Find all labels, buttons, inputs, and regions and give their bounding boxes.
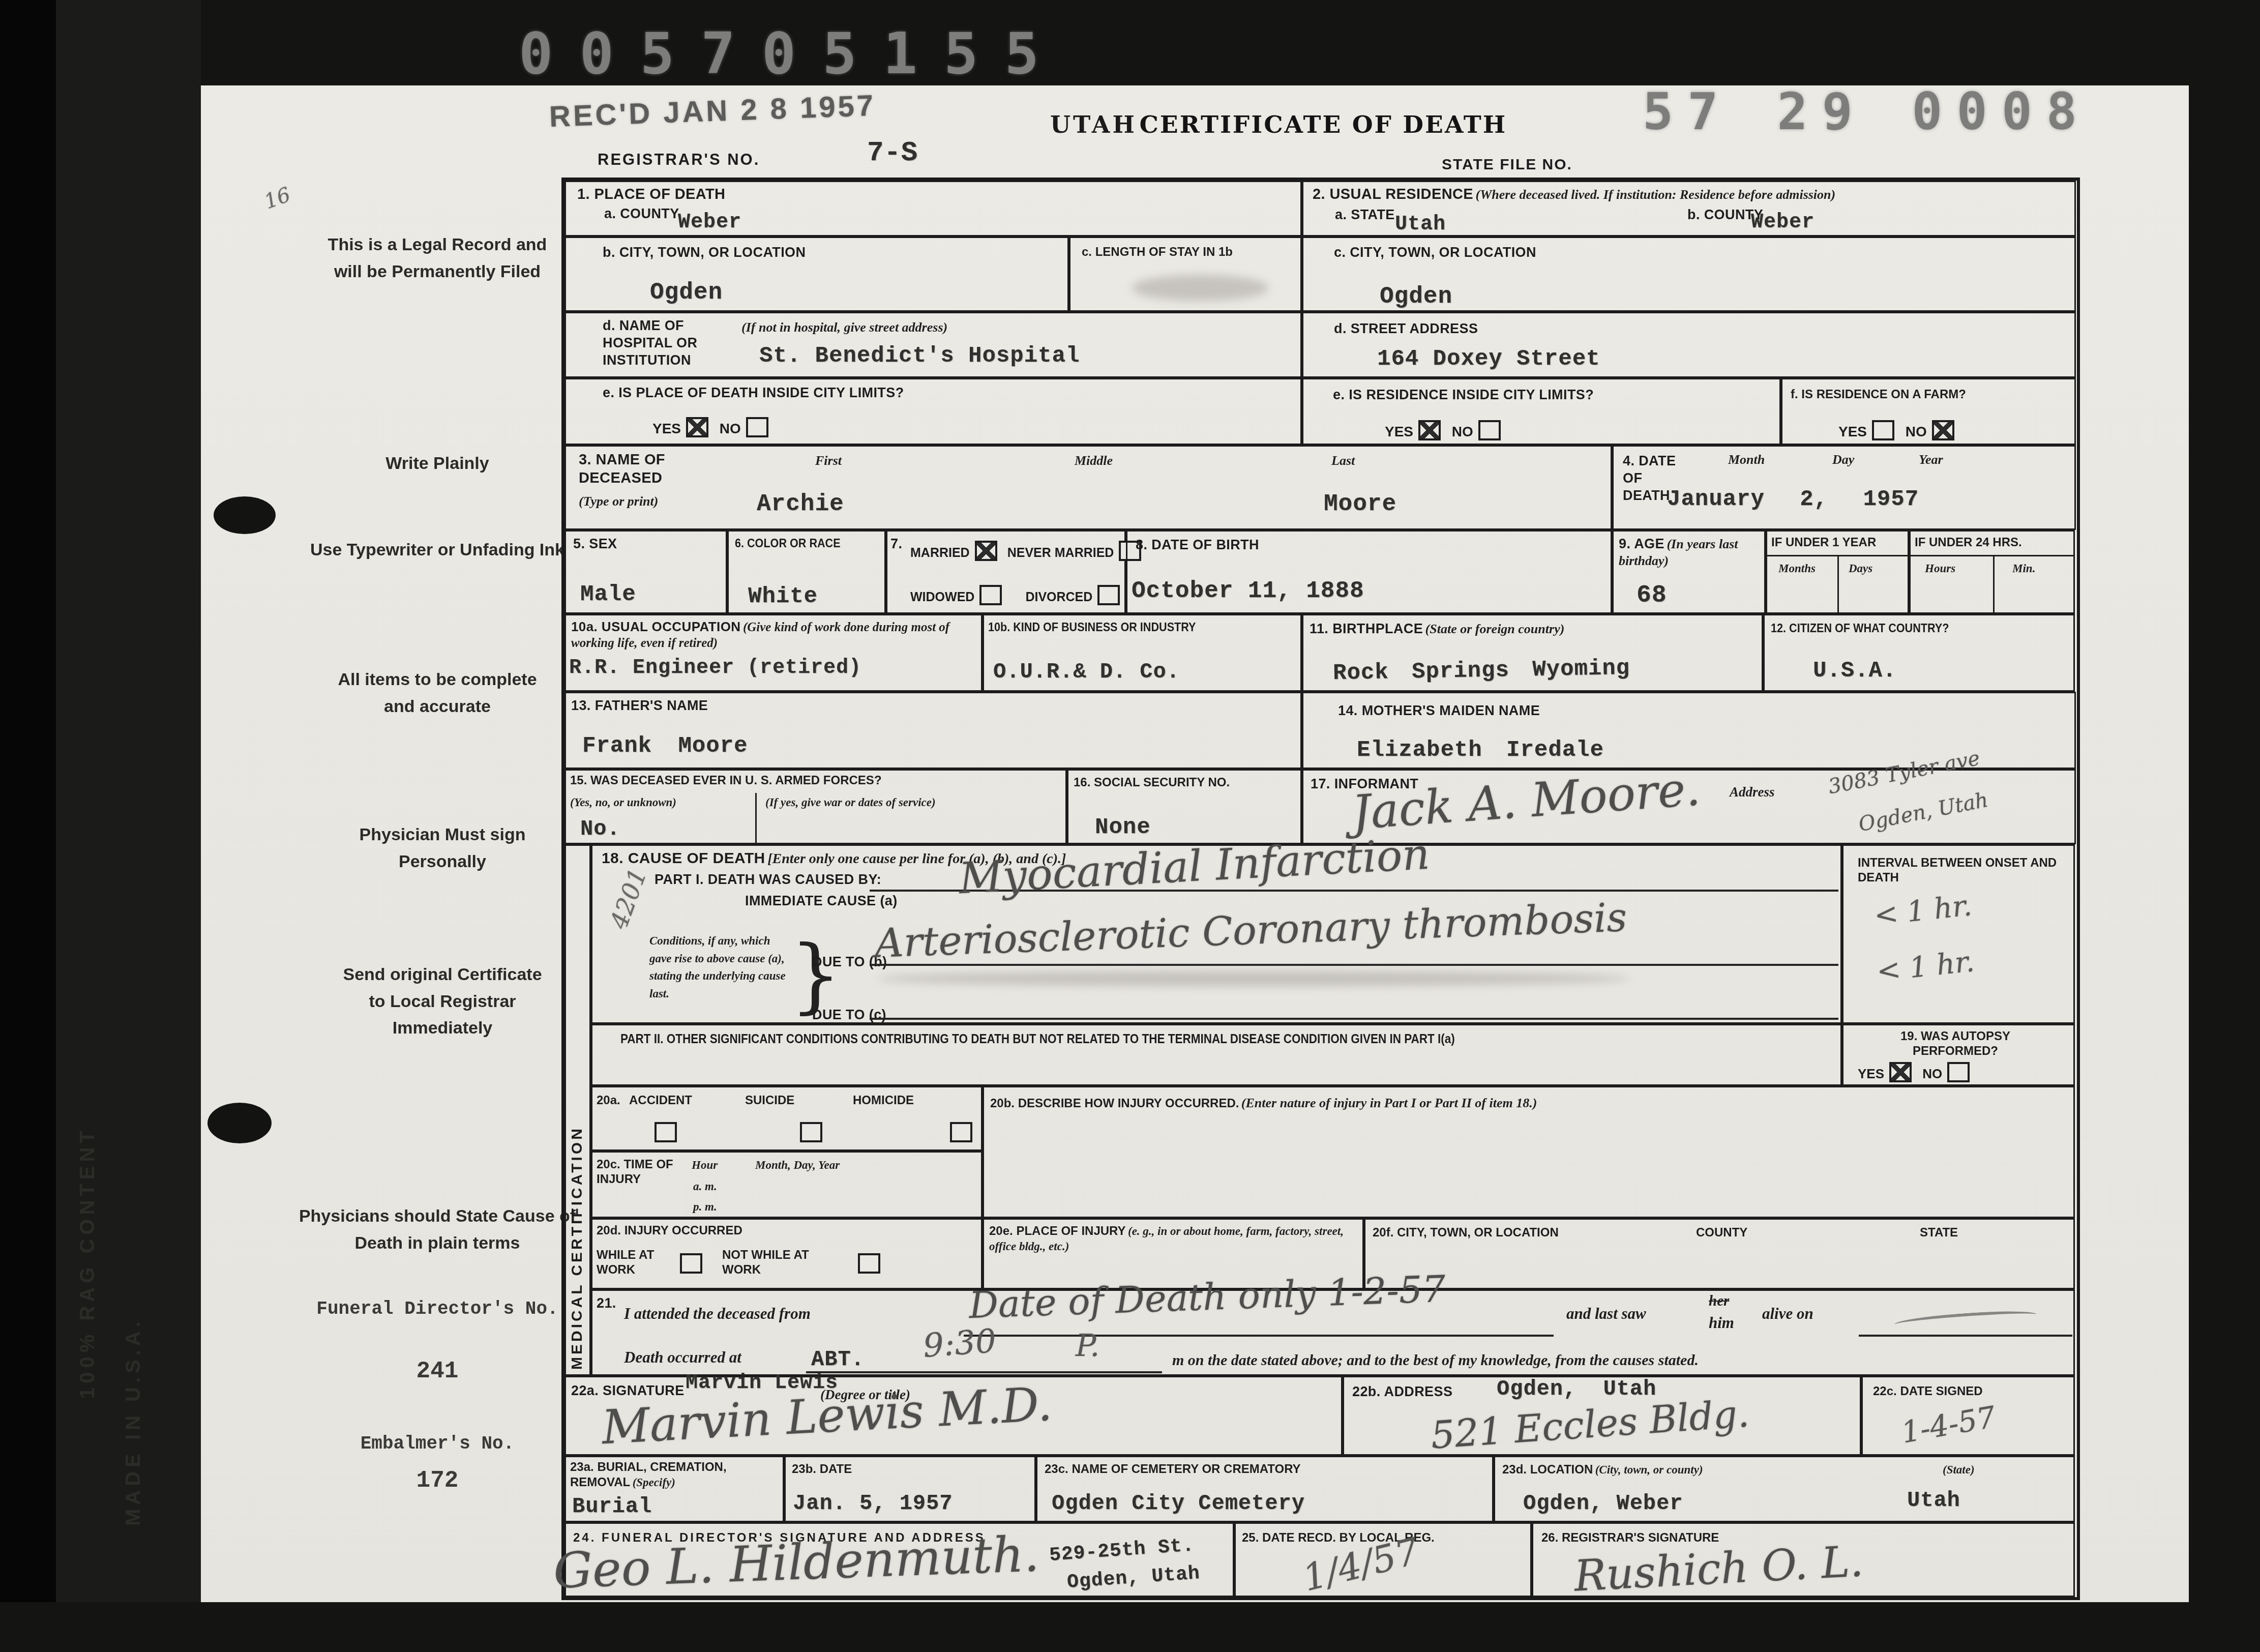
residence-county-value: Weber [1751,212,1815,234]
field-birthplace: 11. BIRTHPLACE (State or foreign country… [1302,614,1763,692]
cemetery-location-label: 23d. LOCATION (City, town, or county) [1502,1462,1703,1478]
describe-injury-header: 20b. DESCRIBE HOW INJURY OCCURRED. (Ente… [990,1095,1537,1112]
no-label: NO [1906,424,1927,439]
marital-number: 7. [890,536,902,553]
date-signed-value: 1-4-57 [1899,1402,1998,1448]
punch-hole [207,1103,272,1143]
field-residence-city-limits: e. IS RESIDENCE INSIDE CITY LIMITS? YES … [1302,378,1781,445]
injury-state-label: STATE [1920,1226,1958,1241]
struck-her-word: her [1709,1292,1729,1310]
field-city-of-death: b. CITY, TOWN, OR LOCATION Ogden [564,237,1069,312]
pm-label: p. m. [693,1199,717,1215]
funeral-director-signature-value: Geo L. Hildenmuth. [553,1529,1040,1595]
no-checkbox [1932,420,1954,440]
autopsy-options: YES NO [1858,1062,1977,1082]
interval-a-value: < 1 hr. [1873,892,1973,930]
suicide-checkbox [800,1122,822,1142]
field-burial-type: 23a. BURIAL, CREMATION, REMOVAL (Specify… [564,1456,784,1522]
immediate-cause-label: IMMEDIATE CAUSE (a) [745,893,898,910]
state-file-no-label: STATE FILE NO. [1442,155,1572,174]
scan-edge-right [2189,0,2260,1652]
field-injury-occurred: 20d. INJURY OCCURRED WHILE AT WORK NOT W… [591,1218,983,1289]
informant-address-label: Address [1730,784,1775,801]
birthplace-label-text: 11. BIRTHPLACE [1310,621,1423,636]
margin-code: 4201 [607,865,651,932]
street-address-label: d. STREET ADDRESS [1334,320,1478,338]
field-physician-address: 22b. ADDRESS Ogden, Utah 521 Eccles Bldg… [1343,1376,1861,1456]
embalmer-no-value: 172 [290,1465,585,1496]
fathers-name-label: 13. FATHER'S NAME [571,697,708,715]
married-label: MARRIED [910,546,970,560]
no-checkbox [1947,1062,1970,1082]
divorced-label: DIVORCED [1025,590,1092,604]
business-industry-value: O.U.R.& D. Co. [993,660,1180,684]
field-describe-injury: 20b. DESCRIBE HOW INJURY OCCURRED. (Ente… [983,1086,2075,1218]
alive-on-line [1859,1335,2072,1337]
middle-name-label: Middle [1075,453,1113,469]
no-checkbox [1478,420,1501,440]
time-value: 9:30 [922,1325,997,1363]
armed-forces-label: 15. WAS DECEASED EVER IN U. S. ARMED FOR… [570,774,882,788]
residence-city-value: Ogden [1380,284,1452,310]
state-label: a. STATE [1335,206,1395,224]
ink-smudge [1132,275,1269,301]
yes-label: YES [1838,424,1867,439]
last-saw-text: and last saw [1566,1304,1646,1324]
place-of-death-title: 1. PLACE OF DEATH [577,185,725,203]
field-place-of-death-county: 1. PLACE OF DEATH a. COUNTY Weber [564,181,1302,237]
hours-label: Hours [1925,561,1955,576]
field-registrar-signature: 26. REGISTRAR'S SIGNATURE Rushich O. L. [1532,1522,2075,1597]
burial-type-hint: (Specify) [633,1476,675,1489]
burial-type-label: 23a. BURIAL, CREMATION, REMOVAL (Specify… [570,1460,779,1490]
under-24-hrs-label: IF UNDER 24 HRS. [1915,536,2022,550]
occupation-label-text: 10a. USUAL OCCUPATION [571,619,740,634]
usual-residence-title-row: 2. USUAL RESIDENCE (Where deceased lived… [1313,185,1835,203]
field-fathers-name: 13. FATHER'S NAME Frank Moore [564,692,1302,769]
burial-date-label: 23b. DATE [792,1462,852,1477]
county-value: Weber [678,212,741,234]
yes-checkbox [1872,420,1894,440]
cemetery-name-label: 23c. NAME OF CEMETERY OR CREMATORY [1045,1462,1301,1477]
location-state-value: Utah [1907,1489,1960,1512]
paper-watermark: MADE IN U.S.A. [122,1068,145,1526]
field-length-of-stay: c. LENGTH OF STAY IN 1b [1069,237,1302,312]
alive-on-text: alive on [1762,1304,1813,1324]
scan-edge-top [0,0,2260,85]
under-1-year-label: IF UNDER 1 YEAR [1771,536,1876,550]
hour-label: Hour [692,1158,718,1173]
field-age: 9. AGE (In years last birthday) 68 [1612,530,1766,614]
while-at-work-checkbox [680,1253,702,1274]
divorced-checkbox [1097,585,1120,605]
burial-date-value: Jan. 5, 1957 [793,1492,953,1515]
divider [1993,555,1995,614]
month-label: Month [1728,452,1765,468]
field-business-industry: 10b. KIND OF BUSINESS OR INDUSTRY O.U.R.… [983,614,1302,692]
cause-b-line [870,964,1838,966]
funeral-director-no-value: 241 [290,1355,585,1387]
state-value: Utah [1395,214,1446,236]
field-social-security: 16. SOCIAL SECURITY NO. None [1067,769,1302,844]
no-label: NO [720,421,741,436]
birthplace-value: Rock Springs Wyoming [1333,656,1630,686]
part1-label: PART I. DEATH WAS CAUSED BY: [655,871,881,889]
residence-farm-label: f. IS RESIDENCE ON A FARM? [1791,388,1966,402]
attended-from-text: I attended the deceased from [624,1304,811,1324]
citizen-country-label: 12. CITIZEN OF WHAT COUNTRY? [1771,622,1949,636]
field-sex: 5. SEX Male [564,530,727,614]
field-date-of-death: 4. DATE OF DEATH Month Day Year January … [1612,445,2076,530]
physician-address-typed: Ogden, Utah [1497,1377,1656,1401]
field-attended-statement: 21. I attended the deceased from Date of… [591,1289,2075,1376]
interval-b-value: < 1 hr. [1876,948,1976,986]
yes-checkbox [1418,420,1441,440]
margin-note-legal-record: This is a Legal Record and will be Perma… [315,231,559,285]
pencil-smear [877,971,1630,986]
injury-city-label: 20f. CITY, TOWN, OR LOCATION [1373,1226,1559,1241]
describe-injury-label: 20b. DESCRIBE HOW INJURY OCCURRED. [990,1097,1239,1110]
type-or-print-hint: (Type or print) [579,493,658,510]
abt-typed: ABT. [811,1348,865,1371]
place-of-injury-header: 20e. PLACE OF INJURY (e. g., in or about… [989,1224,1355,1254]
widowed-label: WIDOWED [910,590,974,604]
part2-label: PART II. OTHER SIGNIFICANT CONDITIONS CO… [620,1031,1455,1047]
registrar-signature-label: 26. REGISTRAR'S SIGNATURE [1541,1531,1719,1546]
accident-checkbox [655,1122,677,1142]
married-checkbox [975,541,997,561]
field-death-city-limits: e. IS PLACE OF DEATH INSIDE CITY LIMITS?… [564,378,1302,445]
divider [1837,555,1839,614]
age-label: 9. AGE (In years last birthday) [1619,536,1761,569]
first-name-value: Archie [757,491,844,517]
divider [755,793,757,844]
time-of-injury-label: 20c. TIME OF INJURY [597,1158,683,1187]
widowed-checkbox [979,585,1002,605]
hospital-value: St. Benedict's Hospital [759,344,1080,368]
business-industry-label: 10b. KIND OF BUSINESS OR INDUSTRY [988,621,1196,635]
date-of-birth-label: 8. DATE OF BIRTH [1136,537,1259,554]
hospital-hint: (If not in hospital, give street address… [741,319,947,336]
mothers-maiden-name-label: 14. MOTHER'S MAIDEN NAME [1338,702,1540,720]
birthplace-label: 11. BIRTHPLACE (State or foreign country… [1310,621,1564,638]
field-cemetery-location: 23d. LOCATION (City, town, or county) (S… [1494,1456,2075,1522]
registrars-no-label: REGISTRAR'S NO. [598,150,760,170]
name-of-deceased-label: 3. NAME OF DECEASED [579,451,686,488]
cause-b-value: Arteriosclerotic Coronary thrombosis [874,898,1627,964]
field-cause-of-death: 18. CAUSE OF DEATH [Enter only one cause… [591,844,1842,1024]
burial-type-value: Burial [572,1495,652,1518]
injury-occurred-label: 20d. INJURY OCCURRED [597,1224,742,1238]
field-marital-status: 7. MARRIEDNEVER MARRIED WIDOWEDDIVORCED [886,530,1126,614]
margin-note-send-original: Send original Certificate to Local Regis… [336,961,549,1042]
am-label: a. m. [693,1179,717,1194]
never-married-label: NEVER MARRIED [1007,546,1114,560]
describe-injury-hint: (Enter nature of injury in Part I or Par… [1241,1096,1537,1110]
citizen-country-value: U.S.A. [1813,659,1896,683]
divider [1911,555,2073,556]
death-occurred-text: Death occurred at [624,1348,741,1368]
accident-label: ACCIDENT [629,1094,692,1108]
birthplace-hint: (State or foreign country) [1425,622,1565,636]
field-color-or-race: 6. COLOR OR RACE White [727,530,886,614]
field-residence-city: c. CITY, TOWN, OR LOCATION Ogden [1302,237,2076,312]
age-value: 68 [1637,582,1667,609]
field-physician-signature: 22a. SIGNATURE Marvin Lewis (Degree or t… [564,1376,1343,1456]
death-city-limits-label: e. IS PLACE OF DEATH INSIDE CITY LIMITS? [603,385,904,402]
first-name-label: First [815,453,842,469]
field-part2-conditions: PART II. OTHER SIGNIFICANT CONDITIONS CO… [591,1024,1842,1086]
street-address-value: 164 Doxey Street [1377,347,1600,371]
sex-label: 5. SEX [573,536,617,553]
residence-city-limits-label: e. IS RESIDENCE INSIDE CITY LIMITS? [1333,387,1594,404]
armed-forces-hint2: (If yes, give war or dates of service) [765,795,936,810]
date-signed-label: 22c. DATE SIGNED [1873,1384,1983,1399]
usual-residence-hint: (Where deceased lived. If institution: R… [1476,187,1836,202]
form-title: UTAH CERTIFICATE OF DEATH [1050,111,1507,139]
residence-city-limits-options: YES NO [1385,420,1508,440]
field-usual-occupation: 10a. USUAL OCCUPATION (Give kind of work… [564,614,983,692]
no-label: NO [1922,1066,1942,1081]
married-row: MARRIEDNEVER MARRIED [910,541,1148,561]
cause-c-line [870,1018,1838,1020]
funeral-director-address1: 529-25th St. [1049,1535,1195,1567]
field-accident-suicide-homicide: 20a. ACCIDENT SUICIDE HOMICIDE [591,1086,983,1151]
death-city-limits-options: YES NO [652,417,776,437]
field-residence-farm: f. IS RESIDENCE ON A FARM? YES NO [1781,378,2076,445]
time-line [806,1371,1162,1373]
yes-checkbox [1889,1062,1912,1082]
field-armed-forces: 15. WAS DECEASED EVER IN U. S. ARMED FOR… [564,769,1067,844]
homicide-label: HOMICIDE [853,1094,914,1108]
usual-residence-title: 2. USUAL RESIDENCE [1313,186,1473,202]
social-security-label: 16. SOCIAL SECURITY NO. [1074,776,1230,790]
fathers-name-value: Frank Moore [582,734,748,758]
field-funeral-director-signature: 24. FUNERAL DIRECTOR'S SIGNATURE AND ADD… [564,1522,1234,1597]
physician-address-hand: 521 Eccles Bldg. [1430,1395,1750,1455]
suicide-label: SUICIDE [745,1094,794,1108]
date-of-death-value: January 2, 1957 [1667,487,1919,512]
yes-checkbox [686,417,708,437]
last-name-label: Last [1331,453,1355,469]
form-title-main: CERTIFICATE OF DEATH [1139,111,1507,139]
informant-address-line2: Ogden, Utah [1857,790,1990,835]
homicide-checkbox [950,1122,972,1142]
funeral-director-no-label: Funeral Director's No. [290,1297,585,1322]
scanned-death-certificate: 100% RAG CONTENT MADE IN U.S.A. 16 This … [0,0,2260,1652]
form-title-state: UTAH [1050,111,1137,138]
punch-hole [214,496,276,534]
interval-label: INTERVAL BETWEEN ONSET AND DEATH [1858,856,2061,886]
margin-note-plain-terms: Physicians should State Cause of Death i… [285,1203,590,1256]
date-of-birth-value: October 11, 1888 [1132,578,1364,604]
registrar-signature-value: Rushich O. L. [1573,1540,1864,1598]
field-time-of-injury: 20c. TIME OF INJURY Hour Month, Day, Yea… [591,1151,983,1218]
field-name-of-deceased: 3. NAME OF DECEASED (Type or print) Firs… [564,445,1612,530]
location-state-label: (State) [1943,1462,1975,1478]
field-autopsy: 19. WAS AUTOPSY PERFORMED? YES NO [1842,1024,2075,1086]
not-while-at-work-label: NOT WHILE AT WORK [722,1248,814,1278]
yes-label: YES [1385,424,1413,439]
occupation-label: 10a. USUAL OCCUPATION (Give kind of work… [571,618,975,652]
city-of-death-value: Ogden [650,280,723,306]
min-label: Min. [2012,561,2035,576]
field-burial-date: 23b. DATE Jan. 5, 1957 [784,1456,1036,1522]
no-checkbox [746,417,768,437]
field-usual-residence: 2. USUAL RESIDENCE (Where deceased lived… [1302,181,2076,237]
armed-forces-value: No. [580,817,620,841]
medical-certification-strip: MEDICAL CERTIFICATION [564,844,591,1376]
not-while-at-work-checkbox [858,1253,880,1274]
length-of-stay-label: c. LENGTH OF STAY IN 1b [1082,245,1233,260]
field-interval-onset-death: INTERVAL BETWEEN ONSET AND DEATH < 1 hr.… [1842,844,2075,1024]
county-label: a. COUNTY [604,205,679,223]
attended-from-line [964,1335,1554,1337]
month-day-year-label: Month, Day, Year [755,1158,840,1173]
pm-hand: P. [1076,1331,1099,1361]
him-word: him [1709,1313,1734,1333]
injury-county-label: COUNTY [1696,1226,1747,1241]
age-label-text: 9. AGE [1619,536,1664,551]
widowed-row: WIDOWEDDIVORCED [910,585,1127,605]
social-security-value: None [1095,815,1151,840]
field-date-signed: 22c. DATE SIGNED 1-4-57 [1861,1376,2075,1456]
field-hospital: d. NAME OF HOSPITAL OR INSTITUTION (If n… [564,312,1302,378]
field-street-address: d. STREET ADDRESS 164 Doxey Street [1302,312,2076,378]
yes-label: YES [652,421,681,436]
cemetery-name-value: Ogden City Cemetery [1052,1492,1305,1515]
field-injury-location: 20f. CITY, TOWN, OR LOCATION COUNTY STAT… [1364,1218,2075,1289]
yes-label: YES [1858,1066,1884,1081]
field-date-of-birth: 8. DATE OF BIRTH October 11, 1888 [1126,530,1612,614]
armed-forces-hint1: (Yes, no, or unknown) [570,795,676,810]
embalmer-no-label: Embalmer's No. [290,1432,585,1457]
days-label: Days [1849,561,1872,576]
place-of-injury-label: 20e. PLACE OF INJURY [989,1224,1126,1238]
scan-edge-far-left [0,0,56,1652]
paper-watermark: 100% RAG CONTENT [76,839,99,1399]
cemetery-location-label-text: 23d. LOCATION [1502,1463,1593,1477]
margin-note-physician-sign: Physician Must sign Personally [346,821,539,875]
hospital-label: d. NAME OF HOSPITAL OR INSTITUTION [603,317,735,369]
residence-farm-options: YES NO [1838,420,1961,440]
medical-certification-label: MEDICAL CERTIFICATION [569,851,586,1370]
while-at-work-label: WHILE AT WORK [597,1248,673,1278]
item-20a-number: 20a. [597,1094,620,1108]
color-or-race-label: 6. COLOR OR RACE [735,537,841,551]
file-number-stamp: 005705155 [519,25,1065,82]
scan-edge-bottom [0,1602,2260,1652]
margin-note-typewriter: Use Typewriter or Unfading Ink [305,537,570,564]
occupation-value: R.R. Engineer (retired) [569,657,861,680]
funeral-director-address2: Ogden, Utah [1066,1563,1201,1594]
field-cemetery-name: 23c. NAME OF CEMETERY OR CREMATORY Ogden… [1036,1456,1494,1522]
field-if-under-24-hrs: IF UNDER 24 HRS. Hours Min. [1909,530,2075,614]
year-label: Year [1919,452,1943,468]
city-of-death-label: b. CITY, TOWN, OR LOCATION [603,244,806,261]
physician-address-label: 22b. ADDRESS [1352,1383,1452,1401]
causes-stated-text: m on the date stated above; and to the b… [1172,1351,1699,1370]
autopsy-label: 19. WAS AUTOPSY PERFORMED? [1864,1029,2047,1059]
cause-of-death-label: 18. CAUSE OF DEATH [602,850,765,867]
conditions-note: Conditions, if any, which gave rise to a… [649,932,792,1002]
pen-scribble [1894,1308,2037,1330]
item-21-number: 21. [597,1295,616,1312]
margin-note-complete: All items to be complete and accurate [325,666,549,720]
margin-note-write-plainly: Write Plainly [315,450,559,477]
residence-city-label: c. CITY, TOWN, OR LOCATION [1334,244,1536,261]
color-or-race-value: White [748,584,818,609]
cemetery-location-hint: (City, town, or county) [1595,1463,1703,1476]
field-if-under-1-year: IF UNDER 1 YEAR Months Days [1766,530,1909,614]
sex-value: Male [580,582,636,607]
months-label: Months [1778,561,1816,576]
cemetery-location-value: Ogden, Weber [1523,1492,1683,1515]
due-to-c-label: DUE TO (c) [812,1007,886,1024]
registrars-no-value: 7-S [867,138,918,168]
state-file-no-stamp: 57 29 0008 [1643,86,2091,137]
field-date-received: 25. DATE RECD. BY LOCAL REG. 1/4/57 [1234,1522,1532,1597]
last-name-value: Moore [1324,491,1396,517]
day-label: Day [1832,452,1854,468]
no-label: NO [1452,424,1473,439]
field-citizen-country: 12. CITIZEN OF WHAT COUNTRY? U.S.A. [1763,614,2075,692]
mothers-maiden-name-value: Elizabeth Iredale [1357,738,1604,762]
